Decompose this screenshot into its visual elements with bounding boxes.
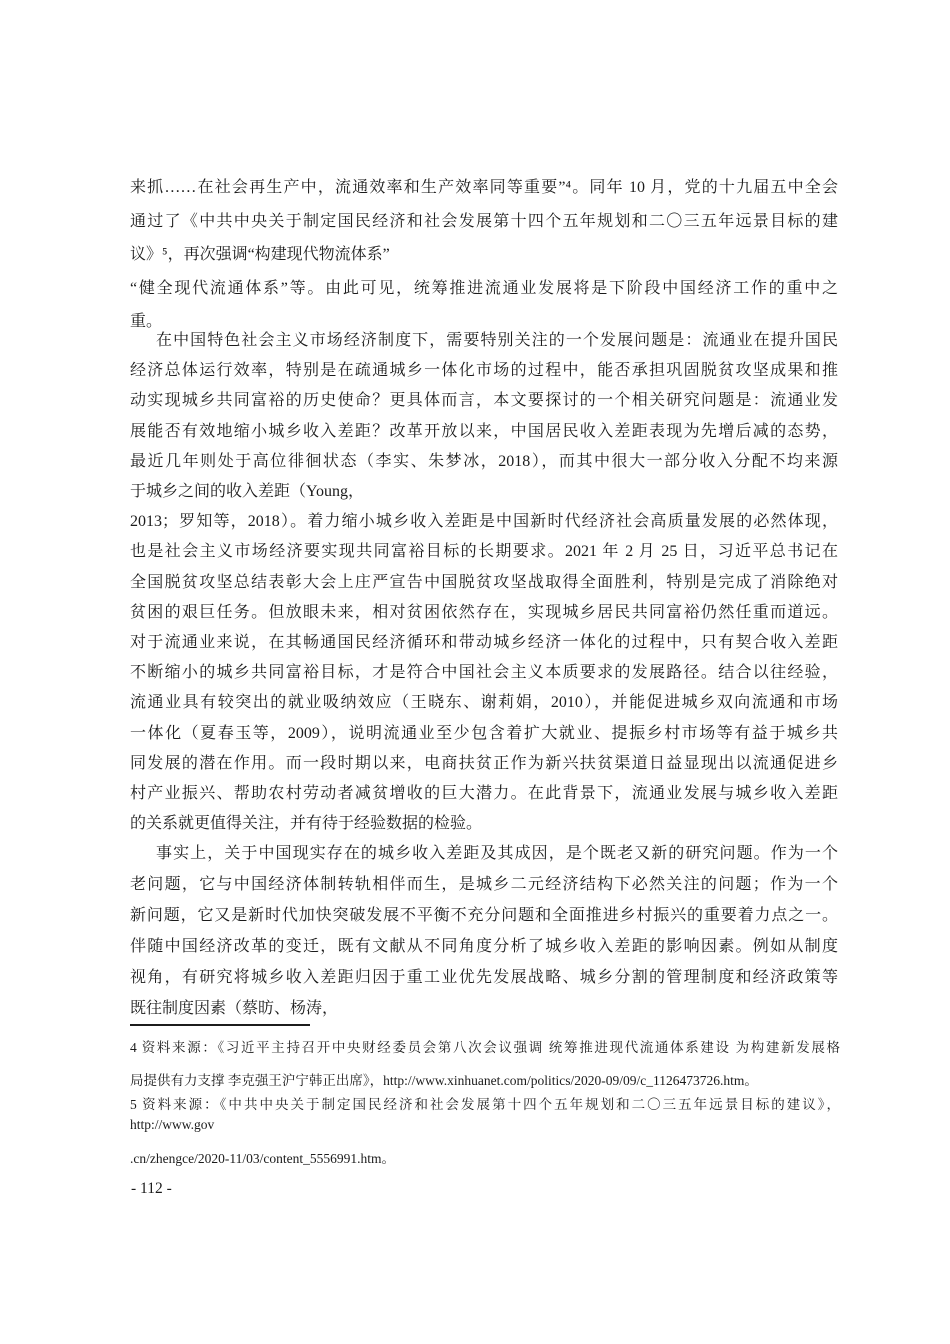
- text-line: 来抓……在社会再生产中，流通效率和生产效率同等重要”⁴。同年 10 月，党的十九…: [130, 171, 838, 205]
- text-line: http://www.gov: [130, 1115, 840, 1135]
- text-line: 也是社会主义市场经济要实现共同富裕目标的长期要求。2021 年 2 月 25 日…: [130, 537, 838, 567]
- text-line: 通过了《中共中央关于制定国民经济和社会发展第十四个五年规划和二〇三五年远景目标的…: [130, 205, 838, 239]
- text-line: 视角，有研究将城乡收入差距归因于重工业优先发展战略、城乡分割的管理制度和经济政策…: [130, 962, 838, 993]
- text-line: 一体化（夏春玉等，2009），说明流通业至少包含着扩大就业、提振乡村市场等有益于…: [130, 719, 838, 749]
- text-line: 流通业具有较突出的就业吸纳效应（王晓东、谢莉娟，2010），并能促进城乡双向流通…: [130, 688, 838, 718]
- text-line: 展能否有效地缩小城乡收入差距？改革开放以来，中国居民收入差距表现为先增后减的态势…: [130, 417, 838, 447]
- text-line: 全国脱贫攻坚总结表彰大会上庄严宣告中国脱贫攻坚战取得全面胜利，特别是完成了消除绝…: [130, 568, 838, 598]
- text-line: 贫困的艰巨任务。但放眼未来，相对贫困依然存在，实现城乡居民共同富裕仍然任重而道远…: [130, 598, 838, 628]
- document-page: 来抓……在社会再生产中，流通效率和生产效率同等重要”⁴。同年 10 月，党的十九…: [0, 0, 950, 1344]
- text-line: 村产业振兴、帮助农村劳动者减贫增收的巨大潜力。在此背景下，流通业发展与城乡收入差…: [130, 779, 838, 809]
- text-line: .cn/zhengce/2020-11/03/content_5556991.h…: [130, 1149, 840, 1169]
- text-line: 经济总体运行效率，特别是在疏通城乡一体化市场的过程中，能否承担巩固脱贫攻坚成果和…: [130, 356, 838, 386]
- text-line: 议》⁵，再次强调“构建现代物流体系”: [130, 238, 838, 272]
- paragraph-3: 事实上，关于中国现实存在的城乡收入差距及其成因，是个既老又新的研究问题。作为一个…: [130, 838, 838, 1024]
- text-line: 事实上，关于中国现实存在的城乡收入差距及其成因，是个既老又新的研究问题。作为一个: [130, 838, 838, 869]
- text-line: 不断缩小的城乡共同富裕目标，才是符合中国社会主义本质要求的发展路径。结合以往经验…: [130, 658, 838, 688]
- text-line: 4 资料来源：《习近平主持召开中央财经委员会第八次会议强调 统筹推进现代流通体系…: [130, 1031, 840, 1064]
- footnote-4: 4 资料来源：《习近平主持召开中央财经委员会第八次会议强调 统筹推进现代流通体系…: [130, 1031, 840, 1097]
- page-number: - 112 -: [131, 1180, 172, 1198]
- footnote-separator: [130, 1024, 310, 1026]
- text-line: “健全现代流通体系”等。由此可见，统筹推进流通业发展将是下阶段中国经济工作的重中…: [130, 272, 838, 306]
- text-line: 老问题，它与中国经济体制转轨相伴而生，是城乡二元经济结构下必然关注的问题；作为一…: [130, 869, 838, 900]
- text-line: 既往制度因素（蔡昉、杨涛，: [130, 993, 838, 1024]
- text-line: 同发展的潜在作用。而一段时期以来，电商扶贫正作为新兴扶贫渠道日益显现出以流通促进…: [130, 749, 838, 779]
- text-line: 于城乡之间的收入差距（Young，: [130, 477, 838, 507]
- text-line: 动实现城乡共同富裕的历史使命？更具体而言，本文要探讨的一个相关研究问题是：流通业…: [130, 386, 838, 416]
- text-line: 最近几年则处于高位徘徊状态（李实、朱梦冰，2018），而其中很大一部分收入分配不…: [130, 447, 838, 477]
- text-line: 5 资料来源：《中共中央关于制定国民经济和社会发展第十四个五年规划和二〇三五年远…: [130, 1095, 840, 1115]
- text-line: 对于流通业来说，在其畅通国民经济循环和带动城乡经济一体化的过程中，只有契合收入差…: [130, 628, 838, 658]
- footnote-5: 5 资料来源：《中共中央关于制定国民经济和社会发展第十四个五年规划和二〇三五年远…: [130, 1095, 840, 1169]
- text-line: 的关系就更值得关注，并有待于经验数据的检验。: [130, 809, 838, 839]
- text-line: 2013；罗知等，2018）。着力缩小城乡收入差距是中国新时代经济社会高质量发展…: [130, 507, 838, 537]
- text-line: 新问题，它又是新时代加快突破发展不平衡不充分问题和全面推进乡村振兴的重要着力点之…: [130, 900, 838, 931]
- text-line: 伴随中国经济改革的变迁，既有文献从不同角度分析了城乡收入差距的影响因素。例如从制…: [130, 931, 838, 962]
- text-line: 局提供有力支撑 李克强王沪宁韩正出席》，http://www.xinhuanet…: [130, 1064, 840, 1097]
- paragraph-2: 在中国特色社会主义市场经济制度下，需要特别关注的一个发展问题是：流通业在提升国民…: [130, 326, 838, 839]
- text-line: 在中国特色社会主义市场经济制度下，需要特别关注的一个发展问题是：流通业在提升国民: [130, 326, 838, 356]
- paragraph-1: 来抓……在社会再生产中，流通效率和生产效率同等重要”⁴。同年 10 月，党的十九…: [130, 171, 838, 339]
